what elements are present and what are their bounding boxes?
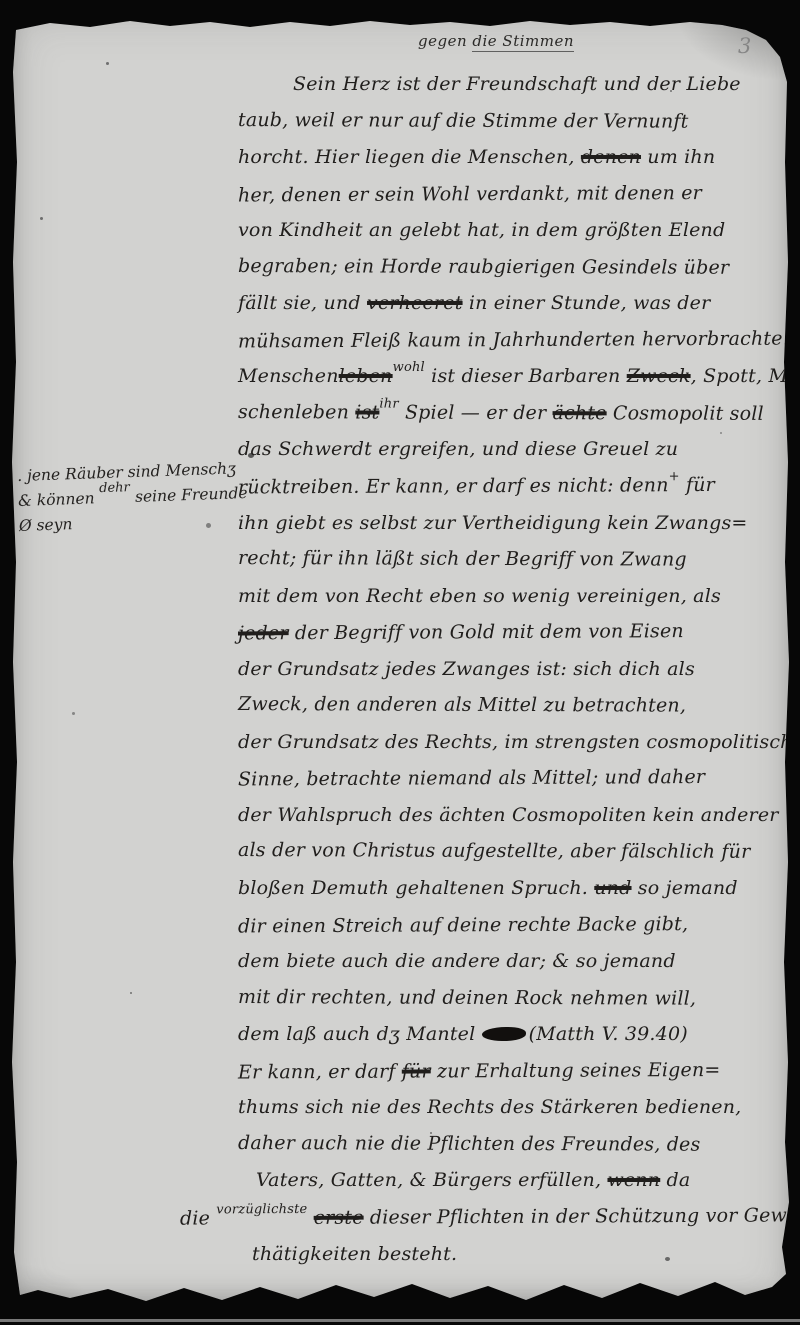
hand-text: der Wahlspruch des ächten Cosmopoliten k… xyxy=(238,804,779,826)
manuscript-line: dem laß auch dʒ Mantel (Matth V. 39.40) xyxy=(238,1016,790,1053)
header-prefix: gegen xyxy=(418,32,472,50)
hand-text: Ø seyn xyxy=(19,515,73,535)
hand-text: thums sich nie des Rechts des Stärkeren … xyxy=(238,1096,741,1118)
manuscript-line: Vaters, Gatten, & Bürgers erfüllen, wenn… xyxy=(256,1162,790,1199)
ink-blot xyxy=(482,1027,526,1041)
inserted-word: ihr xyxy=(379,396,398,411)
struck-word: und xyxy=(594,877,631,899)
manuscript-line: von Kindheit an gelebt hat, in dem größt… xyxy=(238,212,790,249)
header-underlined-text: die Stimmen xyxy=(472,32,574,52)
manuscript-line: mit dem von Recht eben so wenig vereinig… xyxy=(238,578,790,615)
hand-text: dir einen Streich auf deine rechte Backe… xyxy=(238,913,688,937)
manuscript-line: daher auch nie die Pflichten des Freunde… xyxy=(238,1125,790,1163)
paper-sheet: 3 gegen die Stimmen . jene Räuber sind M… xyxy=(10,12,792,1312)
hand-text: Er kann, er darf xyxy=(238,1060,402,1083)
hand-text: Sein Herz ist der Freundschaft und der L… xyxy=(293,73,741,95)
manuscript-line: Er kann, er darf für zur Erhaltung seine… xyxy=(238,1051,790,1090)
manuscript-line: her, denen er sein Wohl verdankt, mit de… xyxy=(238,174,790,213)
manuscript-line: taub, weil er nur auf die Stimme der Ver… xyxy=(238,102,790,140)
hand-text: Zweck, den anderen als Mittel zu betrach… xyxy=(238,693,686,717)
hand-text: (Matth V. 39.40) xyxy=(529,1023,688,1045)
paper-speck xyxy=(130,992,132,994)
scanner-artifact-line xyxy=(0,1319,800,1322)
hand-text: schenleben xyxy=(238,401,355,423)
manuscript-line: thums sich nie des Rechts des Stärkeren … xyxy=(238,1089,790,1126)
hand-text: seine Freunde xyxy=(130,484,248,506)
margin-note: . jene Räuber sind Menschʒ& können dehr … xyxy=(17,456,249,539)
manuscript-line: ihn giebt es selbst zur Vertheidigung ke… xyxy=(238,505,790,542)
hand-text: begraben; ein Horde raubgierigen Gesinde… xyxy=(238,255,729,279)
hand-text: der Begriff von Gold mit dem von Eisen xyxy=(289,620,684,644)
page-number: 3 xyxy=(738,34,751,58)
hand-text: der Grundsatz des Rechts, im strengsten … xyxy=(238,731,793,753)
hand-text: taub, weil er nur auf die Stimme der Ver… xyxy=(238,109,689,133)
hand-text: Menschen xyxy=(238,365,339,387)
hand-text: dieser Pflichten in der Schützung vor Ge… xyxy=(364,1204,800,1228)
hand-text: Sinne, betrachte niemand als Mittel; und… xyxy=(238,766,705,790)
struck-word: für xyxy=(402,1060,431,1082)
hand-text: das Schwerdt ergreifen, und diese Greuel… xyxy=(238,438,678,460)
manuscript-line: der Grundsatz des Rechts, im strengsten … xyxy=(238,724,790,761)
struck-word: denen xyxy=(581,146,641,168)
hand-text: ist dieser Barbaren xyxy=(425,365,627,387)
inserted-word: + xyxy=(669,469,680,484)
manuscript-line: rücktreiben. Er kann, er darf es nicht: … xyxy=(238,467,790,506)
hand-text: von Kindheit an gelebt hat, in dem größt… xyxy=(238,219,725,241)
hand-text: & können xyxy=(18,489,100,510)
manuscript-line: mühsamen Fleiß kaum in Jahrhunderten her… xyxy=(238,320,790,359)
manuscript-text: Sein Herz ist der Freundschaft und der L… xyxy=(238,66,790,1272)
manuscript-line: als der von Christus aufgestellte, aber … xyxy=(238,833,790,871)
hand-text: , Spott, Men= xyxy=(691,365,800,387)
struck-word: ist xyxy=(355,401,379,423)
hand-text: zur Erhaltung seines Eigen= xyxy=(431,1059,721,1083)
paper-speck xyxy=(72,712,75,715)
hand-text: ihn giebt es selbst zur Vertheidigung ke… xyxy=(238,512,748,534)
manuscript-line: jeder der Begriff von Gold mit dem von E… xyxy=(238,613,790,652)
hand-text: dem biete auch die andere dar; & so jema… xyxy=(238,950,676,972)
inserted-word: vorzüglichste xyxy=(216,1202,307,1217)
inserted-word: dehr xyxy=(99,480,130,496)
paper-speck xyxy=(106,62,109,65)
hand-text: rücktreiben. Er kann, er darf es nicht: … xyxy=(238,474,669,498)
inserted-word: en xyxy=(793,726,800,741)
hand-text: fällt sie, und xyxy=(238,292,367,314)
struck-word: jeder xyxy=(238,622,289,644)
manuscript-line: der Grundsatz jedes Zwanges ist: sich di… xyxy=(238,651,790,688)
paper-speck xyxy=(40,217,43,220)
manuscript-line: thätigkeiten besteht. xyxy=(252,1236,790,1273)
hand-text: her, denen er sein Wohl verdankt, mit de… xyxy=(238,182,702,206)
hand-text: Vaters, Gatten, & Bürgers erfüllen, xyxy=(256,1169,607,1191)
manuscript-line: horcht. Hier liegen die Menschen, denen … xyxy=(238,139,790,176)
hand-text: um ihn xyxy=(641,146,715,168)
hand-text: bloßen Demuth gehaltenen Spruch. xyxy=(238,877,594,899)
hand-text: in einer Stunde, was der xyxy=(463,292,711,314)
manuscript-line: die vorzüglichste erste dieser Pflichten… xyxy=(180,1197,790,1237)
hand-text: thätigkeiten besteht. xyxy=(252,1243,457,1265)
manuscript-line: Sinne, betrachte niemand als Mittel; und… xyxy=(238,759,790,798)
hand-text: recht; für ihn läßt sich der Begriff von… xyxy=(238,547,687,571)
page-header: gegen die Stimmen xyxy=(418,32,574,50)
hand-text: als der von Christus aufgestellte, aber … xyxy=(238,840,750,864)
hand-text: horcht. Hier liegen die Menschen, xyxy=(238,146,581,168)
manuscript-line: Sein Herz ist der Freundschaft und der L… xyxy=(293,66,790,103)
manuscript-line: Menschenlebenwohl ist dieser Barbaren Zw… xyxy=(238,358,790,395)
hand-text: mit dem von Recht eben so wenig vereinig… xyxy=(238,585,721,607)
manuscript-line: Zweck, den anderen als Mittel zu betrach… xyxy=(238,686,790,724)
struck-word: verheeret xyxy=(367,292,463,314)
manuscript-line: der Wahlspruch des ächten Cosmopoliten k… xyxy=(238,797,790,834)
hand-text: da xyxy=(660,1169,690,1191)
hand-text: mit dir rechten, und deinen Rock nehmen … xyxy=(238,986,696,1010)
hand-text: dem laß auch dʒ Mantel xyxy=(238,1023,482,1045)
manuscript-line: fällt sie, und verheeret in einer Stunde… xyxy=(238,285,790,322)
hand-text: so jemand xyxy=(632,877,738,899)
hand-text: die xyxy=(180,1207,216,1229)
manuscript-line: mit dir rechten, und deinen Rock nehmen … xyxy=(238,979,790,1017)
manuscript-line: begraben; ein Horde raubgierigen Gesinde… xyxy=(238,248,790,286)
hand-text: Spiel — er der xyxy=(399,402,553,425)
hand-text: der Grundsatz jedes Zwanges ist: sich di… xyxy=(238,658,695,680)
hand-text: daher auch nie die Pflichten des Freunde… xyxy=(238,1132,701,1156)
hand-text: mühsamen Fleiß kaum in Jahrhunderten her… xyxy=(238,327,789,352)
struck-word: Zweck xyxy=(627,365,691,387)
manuscript-line: dir einen Streich auf deine rechte Backe… xyxy=(238,905,790,944)
struck-word: erste xyxy=(314,1207,364,1229)
manuscript-line: bloßen Demuth gehaltenen Spruch. und so … xyxy=(238,870,790,907)
manuscript-line: schenleben istihr Spiel — er der ächte C… xyxy=(238,394,790,432)
manuscript-line: das Schwerdt ergreifen, und diese Greuel… xyxy=(238,431,790,468)
manuscript-line: recht; für ihn läßt sich der Begriff von… xyxy=(238,540,790,578)
scan-background: { "page": { "number": "3" }, "header": {… xyxy=(0,0,800,1325)
inserted-word: wohl xyxy=(393,360,425,375)
struck-word: wenn xyxy=(607,1169,660,1191)
struck-word: ächte xyxy=(553,402,607,424)
manuscript-line: dem biete auch die andere dar; & so jema… xyxy=(238,943,790,980)
hand-text: für xyxy=(680,474,715,496)
struck-word: leben xyxy=(339,365,393,387)
hand-text: Cosmopolit soll xyxy=(607,402,764,425)
